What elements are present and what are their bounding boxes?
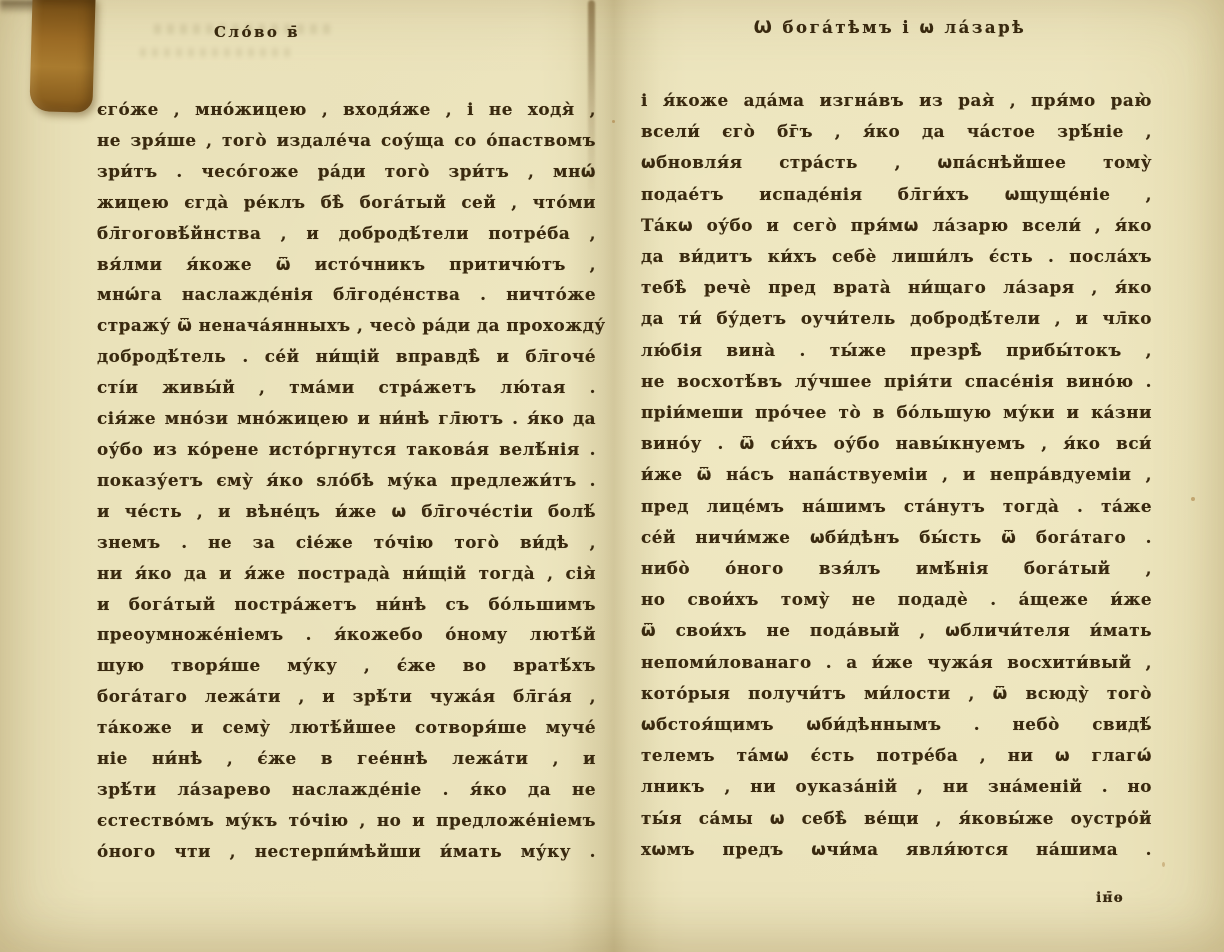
text-line: мнѡ́га наслажде́нія бл̄годе́нства . ничт… [97,279,596,310]
text-line: да ти́ бу́детъ оучи́тель добродѣ́тели , … [641,303,1152,334]
text-line: Та́кѡ оу́бо и сего̀ пря́мѡ ла́зарю всели… [641,210,1152,241]
text-line: показу́етъ єму̀ я́ко ѕло́бѣ му́ка предле… [97,465,596,496]
text-line: ѡбновля́я стра́сть , ѡпа́снѣйшее тому̀ [641,147,1152,178]
text-line: о́ного чти , нестерпи́мѣйши и́мать му́ку… [97,836,596,867]
text-line: и́же ѿ на́съ напа́ствуеміи , и непра́вду… [641,459,1152,490]
text-line: ніе ни́нѣ , є́же в гее́ннѣ лежа́ти , и [97,743,596,774]
text-line: ты́я са́мы ѡ себѣ̀ ве́щи , я́ковы́же оус… [641,803,1152,834]
foxing-speck [1191,497,1195,501]
text-line: и бога́тый постра́жетъ ни́нѣ съ бо́льшим… [97,589,596,620]
text-line: сті́и живы́й , тма́ми стра́жетъ лю́тая . [97,372,596,403]
text-line: оу́бо из ко́рене исто́ргнутся такова́я в… [97,434,596,465]
left-page-text: єго́же , мно́жицею , входя́же , і не ход… [97,94,596,867]
text-line: вино́у . ѿ си́хъ оу́бо навы́кнуемъ , я́к… [641,428,1152,459]
text-line: стражу́ ѿ ненача́янныхъ , чесо̀ ра́ди да… [97,310,596,341]
text-line: тебѣ̀ речѐ пред врата̀ ни́щаго ла́заря ,… [641,272,1152,303]
text-line: непоми́лованаго . а и́же чужа́я восхити́… [641,647,1152,678]
quire-signature: ін̄ѳ [1096,890,1124,906]
text-line: не зря́ше , того̀ издале́ча соу́ща со о́… [97,125,596,156]
foxing-speck [612,120,615,123]
text-line: добродѣ́тель . се́й ни́щій вправдѣ̀ и бл… [97,341,596,372]
text-line: зри́тъ . чесо́гоже ра́ди того̀ зри́тъ , … [97,156,596,187]
text-line: се́й ничи́мже ѡби́дѣнъ бы́сть ѿ бога́таг… [641,522,1152,553]
right-page-text: і я́коже ада́ма изгна́въ из рая̀ , пря́м… [641,85,1152,865]
text-line: лю́бія вина̀ . ты́же презрѣ̀ прибы́токъ … [641,335,1152,366]
text-line: нибо̀ о́ного взя́лъ имѣ́нія бога́тый , [641,553,1152,584]
text-line: і я́коже ада́ма изгна́въ из рая̀ , пря́м… [641,85,1152,116]
text-line: да ви́дитъ ки́хъ себѐ лиши́лъ є́сть . по… [641,241,1152,272]
text-line: лникъ , ни оуказа́ній , ни зна́меній . н… [641,771,1152,802]
text-line: хѡмъ предъ ѡчи́ма явля́ются на́шима . [641,834,1152,865]
text-line: пред лице́мъ на́шимъ ста́нутъ тогда̀ . т… [641,491,1152,522]
text-line: всели́ єго̀ бг̄ъ , я́ко да ча́стое зрѣ́н… [641,116,1152,147]
text-line: єго́же , мно́жицею , входя́же , і не ход… [97,94,596,125]
text-line: ѡбстоя́щимъ ѡби́дѣннымъ . небо̀ свидѣ́ [641,709,1152,740]
text-line: преоумноже́ніемъ . я́кожебо о́ному лютѣ́… [97,619,596,650]
text-line: пріи́меши про́чее то̀ в бо́льшую му́ки и… [641,397,1152,428]
text-line: бога́таго лежа́ти , и зрѣ́ти чужа́я бл̄г… [97,681,596,712]
text-line: шую творя́ше му́ку , є́же во вратѣ́хъ [97,650,596,681]
leather-strap [29,0,95,113]
text-line: но свои́хъ тому̀ не подадѐ . а́щеже и́же [641,584,1152,615]
text-line: та́коже и сему̀ лютѣ́йшее сотворя́ше муч… [97,712,596,743]
text-line: не восхотѣ́въ лу́чшее прія́ти спасе́нія … [641,366,1152,397]
text-line: єстество́мъ му́къ то́чію , но и предложе… [97,805,596,836]
text-line: жицею єгда̀ ре́клъ бѣ̀ бога́тый сей , чт… [97,187,596,218]
text-line: кото́рыя получи́тъ ми́лости , ѿ всюду̀ т… [641,678,1152,709]
book-spread: Сло́во в̄ єго́же , мно́жицею , входя́же … [0,0,1224,952]
text-line: сія́же мно́зи мно́жицею и ни́нѣ гл̄ютъ .… [97,403,596,434]
text-line: знемъ . не за сіе́же то́чію того̀ ви́дѣ … [97,527,596,558]
text-line: ни я́ко да и я́же пострада̀ ни́щій тогда… [97,558,596,589]
text-line: зрѣ́ти ла́зарево наслажде́ніе . я́ко да … [97,774,596,805]
right-page-header: Ѡ бога́тѣмъ і ѡ ла́зарѣ [730,18,1050,37]
text-line: подае́тъ испаде́нія бл̄ги́хъ ѡщуще́ніе , [641,179,1152,210]
text-line: ѿ свои́хъ не пода́вый , ѡбличи́теля и́ма… [641,615,1152,646]
text-line: вя́лми я́коже ѿ исто́чникъ притичю́тъ , [97,249,596,280]
text-line: телемъ та́мѡ є́сть потре́ба , ни ѡ глагѡ… [641,740,1152,771]
text-line: бл̄гоговѣ́йнства , и добродѣ́тели потре́… [97,218,596,249]
foxing-speck [1162,862,1165,867]
left-page-header: Сло́во в̄ [167,23,347,41]
text-line: и че́сть , и вѣне́цъ и́же ѡ бл̄гоче́стіи… [97,496,596,527]
